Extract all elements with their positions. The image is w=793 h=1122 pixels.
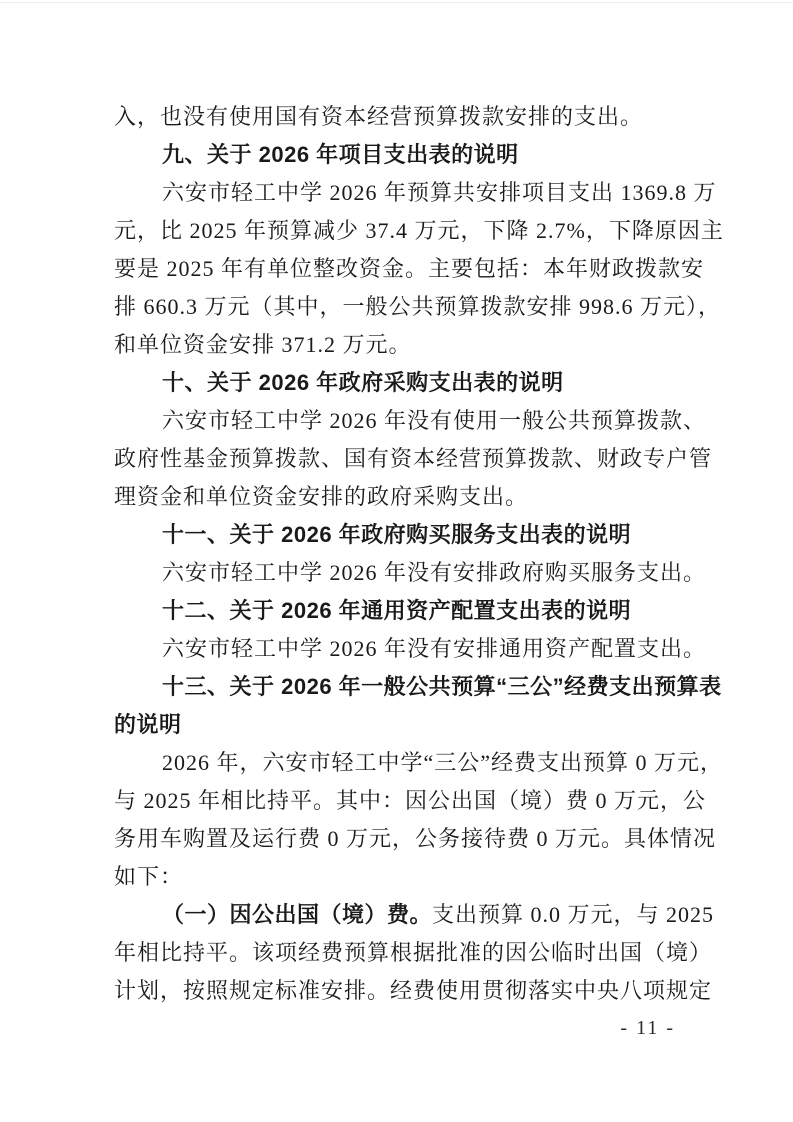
text-run: （一）因公出国（境）费。 [162, 902, 432, 927]
text-run: 2026 年，六安市轻工中学“三公”经费支出预算 0 万元， [162, 750, 723, 775]
text-run: 十、关于 2026 年政府采购支出表的说明 [162, 370, 564, 395]
text-run: 理资金和单位资金安排的政府采购支出。 [114, 484, 528, 509]
text-run: 年相比持平。该项经费预算根据批准的因公临时出国（境） [114, 940, 712, 965]
document-body: 入，也没有使用国有资本经营预算拨款安排的支出。九、关于 2026 年项目支出表的… [114, 98, 717, 1010]
section-heading: 十三、关于 2026 年一般公共预算“三公”经费支出预算表 [114, 668, 717, 706]
text-line: 政府性基金预算拨款、国有资本经营预算拨款、财政专户管 [114, 440, 717, 478]
section-heading: 十二、关于 2026 年通用资产配置支出表的说明 [114, 592, 717, 630]
text-run: 十三、关于 2026 年一般公共预算“三公”经费支出预算表 [162, 674, 722, 699]
text-run: 入，也没有使用国有资本经营预算拨款安排的支出。 [114, 104, 643, 129]
scan-artifact-line [0, 2, 793, 3]
text-line: 与 2025 年相比持平。其中：因公出国（境）费 0 万元，公 [114, 782, 717, 820]
page-number: - 11 - [620, 1014, 675, 1042]
text-line: 计划，按照规定标准安排。经费使用贯彻落实中央八项规定 [114, 972, 717, 1010]
text-line: （一）因公出国（境）费。支出预算 0.0 万元，与 2025 [114, 896, 717, 934]
text-run: 支出预算 0.0 万元，与 2025 [432, 902, 714, 927]
section-heading: 十一、关于 2026 年政府购买服务支出表的说明 [114, 516, 717, 554]
section-heading: 的说明 [114, 706, 717, 744]
text-line: 六安市轻工中学 2026 年没有安排政府购买服务支出。 [114, 554, 717, 592]
text-line: 要是 2025 年有单位整改资金。主要包括：本年财政拨款安 [114, 250, 717, 288]
text-line: 六安市轻工中学 2026 年没有使用一般公共预算拨款、 [114, 402, 717, 440]
text-run: 要是 2025 年有单位整改资金。主要包括：本年财政拨款安 [114, 256, 704, 281]
text-run: 的说明 [114, 712, 182, 737]
text-run: 六安市轻工中学 2026 年没有使用一般公共预算拨款、 [162, 408, 706, 433]
text-run: 九、关于 2026 年项目支出表的说明 [162, 142, 519, 167]
text-run: 政府性基金预算拨款、国有资本经营预算拨款、财政专户管 [114, 446, 712, 471]
text-run: 六安市轻工中学 2026 年预算共安排项目支出 1369.8 万 [162, 180, 717, 205]
section-heading: 九、关于 2026 年项目支出表的说明 [114, 136, 717, 174]
text-run: 计划，按照规定标准安排。经费使用贯彻落实中央八项规定 [114, 978, 712, 1003]
text-run: 元，比 2025 年预算减少 37.4 万元，下降 2.7%，下降原因主 [114, 218, 724, 243]
text-run: 如下： [114, 864, 183, 889]
text-line: 理资金和单位资金安排的政府采购支出。 [114, 478, 717, 516]
text-line: 六安市轻工中学 2026 年预算共安排项目支出 1369.8 万 [114, 174, 717, 212]
section-heading: 十、关于 2026 年政府采购支出表的说明 [114, 364, 717, 402]
text-line: 年相比持平。该项经费预算根据批准的因公临时出国（境） [114, 934, 717, 972]
text-line: 和单位资金安排 371.2 万元。 [114, 326, 717, 364]
text-run: 十一、关于 2026 年政府购买服务支出表的说明 [162, 522, 631, 547]
text-run: 排 660.3 万元（其中，一般公共预算拨款安排 998.6 万元）， [114, 294, 721, 319]
text-run: 和单位资金安排 371.2 万元。 [114, 332, 412, 357]
text-line: 六安市轻工中学 2026 年没有安排通用资产配置支出。 [114, 630, 717, 668]
document-page: 入，也没有使用国有资本经营预算拨款安排的支出。九、关于 2026 年项目支出表的… [0, 0, 793, 1122]
text-run: 务用车购置及运行费 0 万元，公务接待费 0 万元。具体情况 [114, 826, 716, 851]
text-run: 十二、关于 2026 年通用资产配置支出表的说明 [162, 598, 631, 623]
text-run: 六安市轻工中学 2026 年没有安排通用资产配置支出。 [162, 636, 706, 661]
text-line: 务用车购置及运行费 0 万元，公务接待费 0 万元。具体情况 [114, 820, 717, 858]
text-run: 与 2025 年相比持平。其中：因公出国（境）费 0 万元，公 [114, 788, 706, 813]
text-run: 六安市轻工中学 2026 年没有安排政府购买服务支出。 [162, 560, 706, 585]
text-line: 元，比 2025 年预算减少 37.4 万元，下降 2.7%，下降原因主 [114, 212, 717, 250]
text-line: 如下： [114, 858, 717, 896]
text-line: 入，也没有使用国有资本经营预算拨款安排的支出。 [114, 98, 717, 136]
text-line: 2026 年，六安市轻工中学“三公”经费支出预算 0 万元， [114, 744, 717, 782]
text-line: 排 660.3 万元（其中，一般公共预算拨款安排 998.6 万元）， [114, 288, 717, 326]
